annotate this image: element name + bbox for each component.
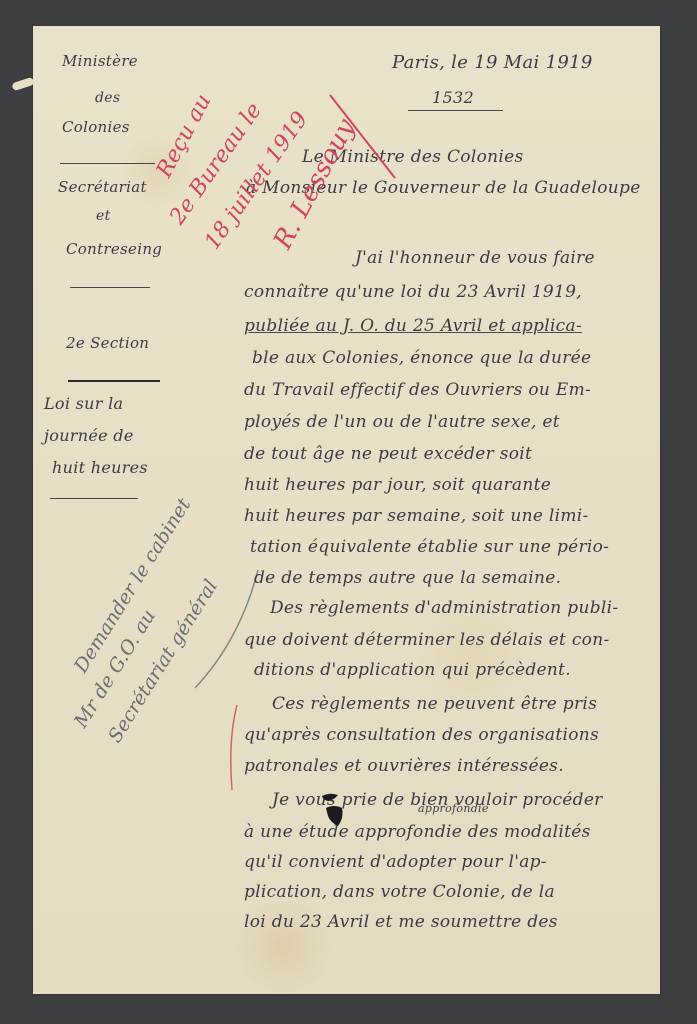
body-line: que doivent déterminer les délais et con…: [244, 630, 610, 650]
body-line: huit heures par semaine, soit une limi-: [244, 506, 589, 526]
body-line: ditions d'application qui précèdent.: [254, 660, 571, 680]
body-line: connaître qu'une loi du 23 Avril 1919,: [244, 282, 582, 302]
body-line: du Travail effectif des Ouvriers ou Em-: [244, 380, 591, 400]
body-line: huit heures par jour, soit quarante: [244, 475, 551, 495]
body-line: loi du 23 Avril et me soumettre des: [244, 912, 558, 932]
body-line: à une étude approfondie des modalités: [244, 822, 591, 842]
body-line: qu'il convient d'adopter pour l'ap-: [244, 852, 547, 872]
body-line: Des règlements d'administration publi-: [270, 598, 618, 618]
body-line: publiée au J. O. du 25 Avril et applica-: [244, 316, 582, 336]
body-line: ble aux Colonies, énonce que la durée: [252, 348, 591, 368]
body-line: Ces règlements ne peuvent être pris: [272, 694, 597, 714]
ink-blot: [320, 792, 346, 828]
body-line: tation équivalente établie sur une pério…: [250, 537, 609, 557]
body-line: J'ai l'honneur de vous faire: [355, 248, 595, 268]
body-line: de de temps autre que la semaine.: [254, 568, 561, 588]
body-line: patronales et ouvrières intéressées.: [244, 756, 564, 776]
body-line: qu'après consultation des organisations: [244, 725, 599, 745]
body-line: ployés de l'un ou de l'autre sexe, et: [244, 412, 560, 432]
body-line: de tout âge ne peut excéder soit: [244, 444, 532, 464]
body-line: plication, dans votre Colonie, de la: [244, 882, 555, 902]
inserted-correction: approfondie: [418, 802, 489, 815]
